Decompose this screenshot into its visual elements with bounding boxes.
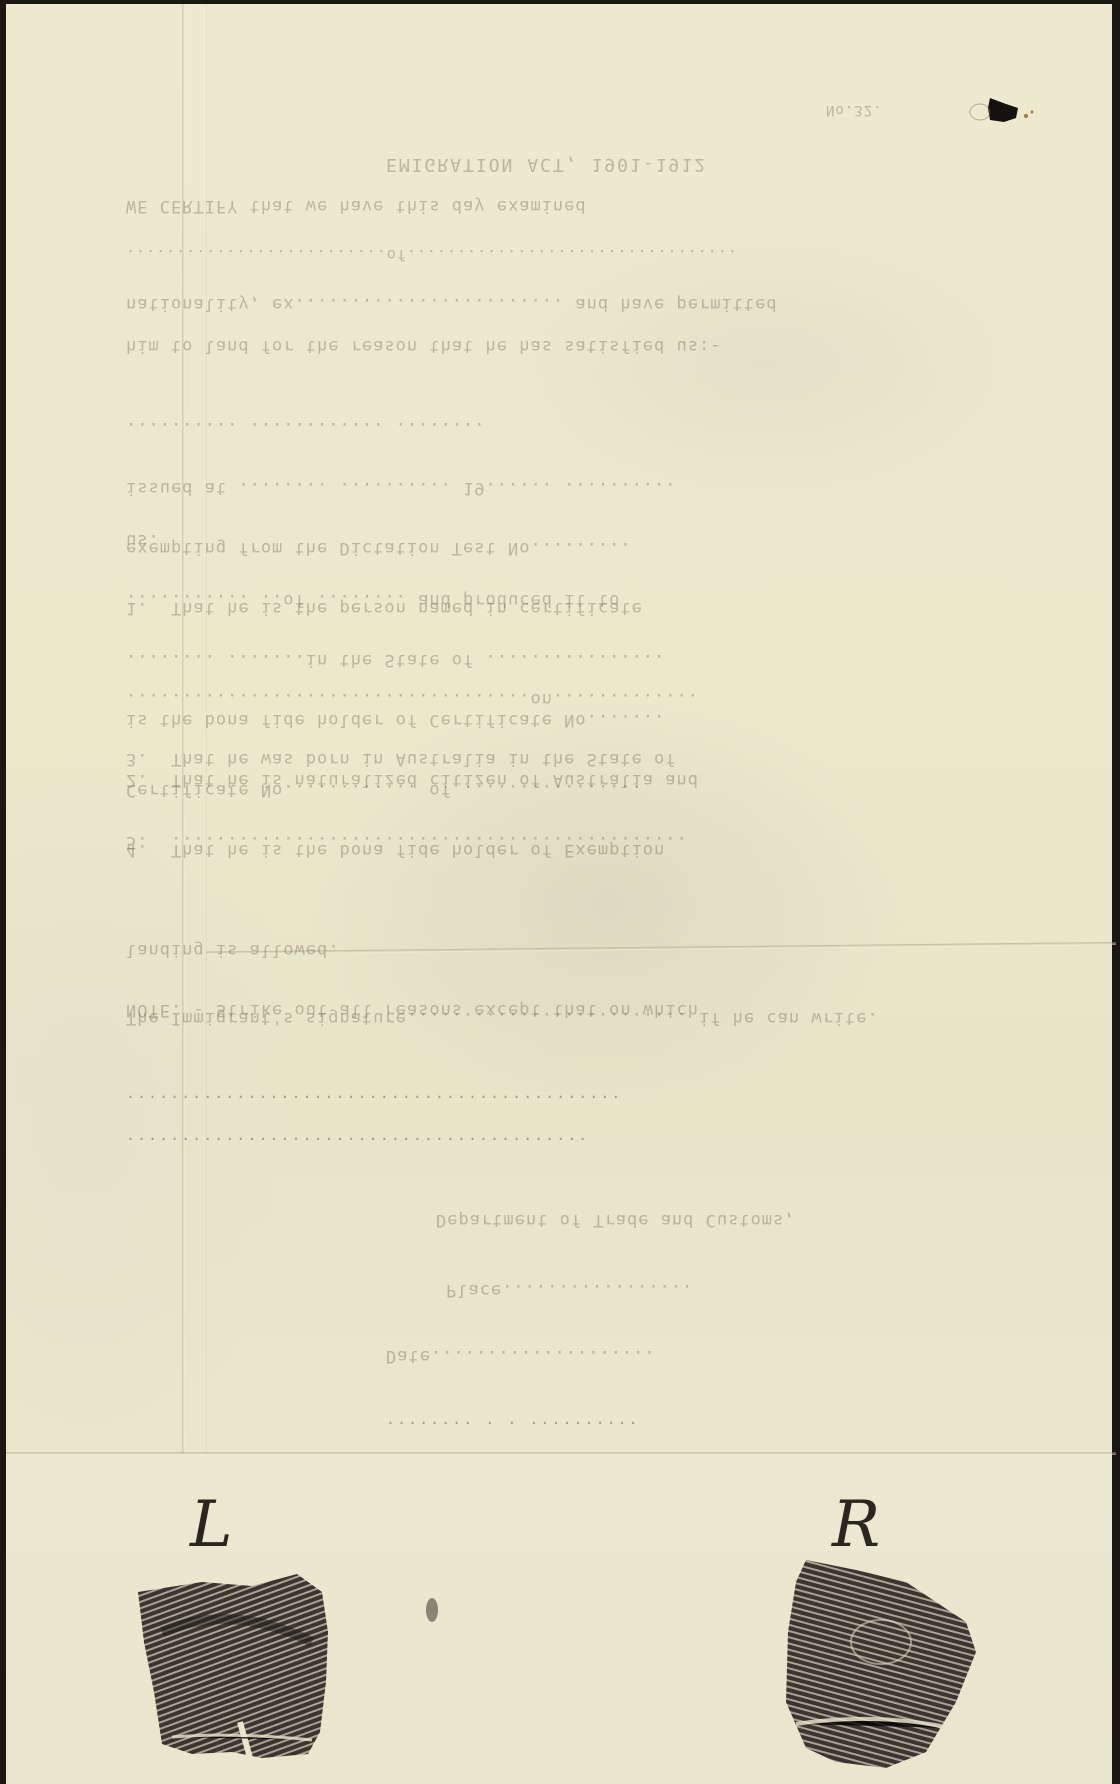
dotted-line: ........................................…: [126, 1084, 622, 1102]
form-item-4: 4. That he is the bona fide holder of Ex…: [126, 740, 665, 900]
form-note: NOTE. - Strike out all reasons except th…: [126, 900, 699, 1060]
dotted-line: ........ . . ..........: [386, 1410, 640, 1428]
form-line: him to land for the reason that he has s…: [126, 336, 721, 356]
left-hand-label: L: [190, 1488, 233, 1562]
department-label: Department of Trade and Customs,: [436, 1210, 796, 1230]
document-sheet: No.32. EMIGRATION ACT, 1901-1912 WE CERT…: [6, 4, 1112, 1784]
left-fingerprint: [132, 1572, 342, 1762]
dotted-line: ........................................…: [126, 1126, 589, 1144]
ink-smudge: [420, 1594, 444, 1630]
right-fingerprint: [776, 1552, 986, 1772]
right-hand-label: R: [832, 1488, 880, 1562]
form-line: nationality, ex........................ …: [126, 294, 778, 314]
form-item-5: 5. .....................................…: [126, 832, 688, 852]
form-number: No.32.: [826, 102, 883, 118]
form-line: WE CERTIFY that we have this day examine…: [126, 196, 587, 216]
ink-blot: [966, 94, 1046, 134]
signature-line: The Immigrant's signature...............…: [126, 1008, 879, 1028]
form-line: ..........................of............…: [126, 246, 738, 264]
horizontal-fold-line: [6, 1452, 1116, 1455]
form-title: EMIGRATION ACT, 1901-1912: [386, 154, 707, 175]
date-label: Date....................: [386, 1346, 656, 1366]
place-label: Place.................: [446, 1280, 693, 1300]
